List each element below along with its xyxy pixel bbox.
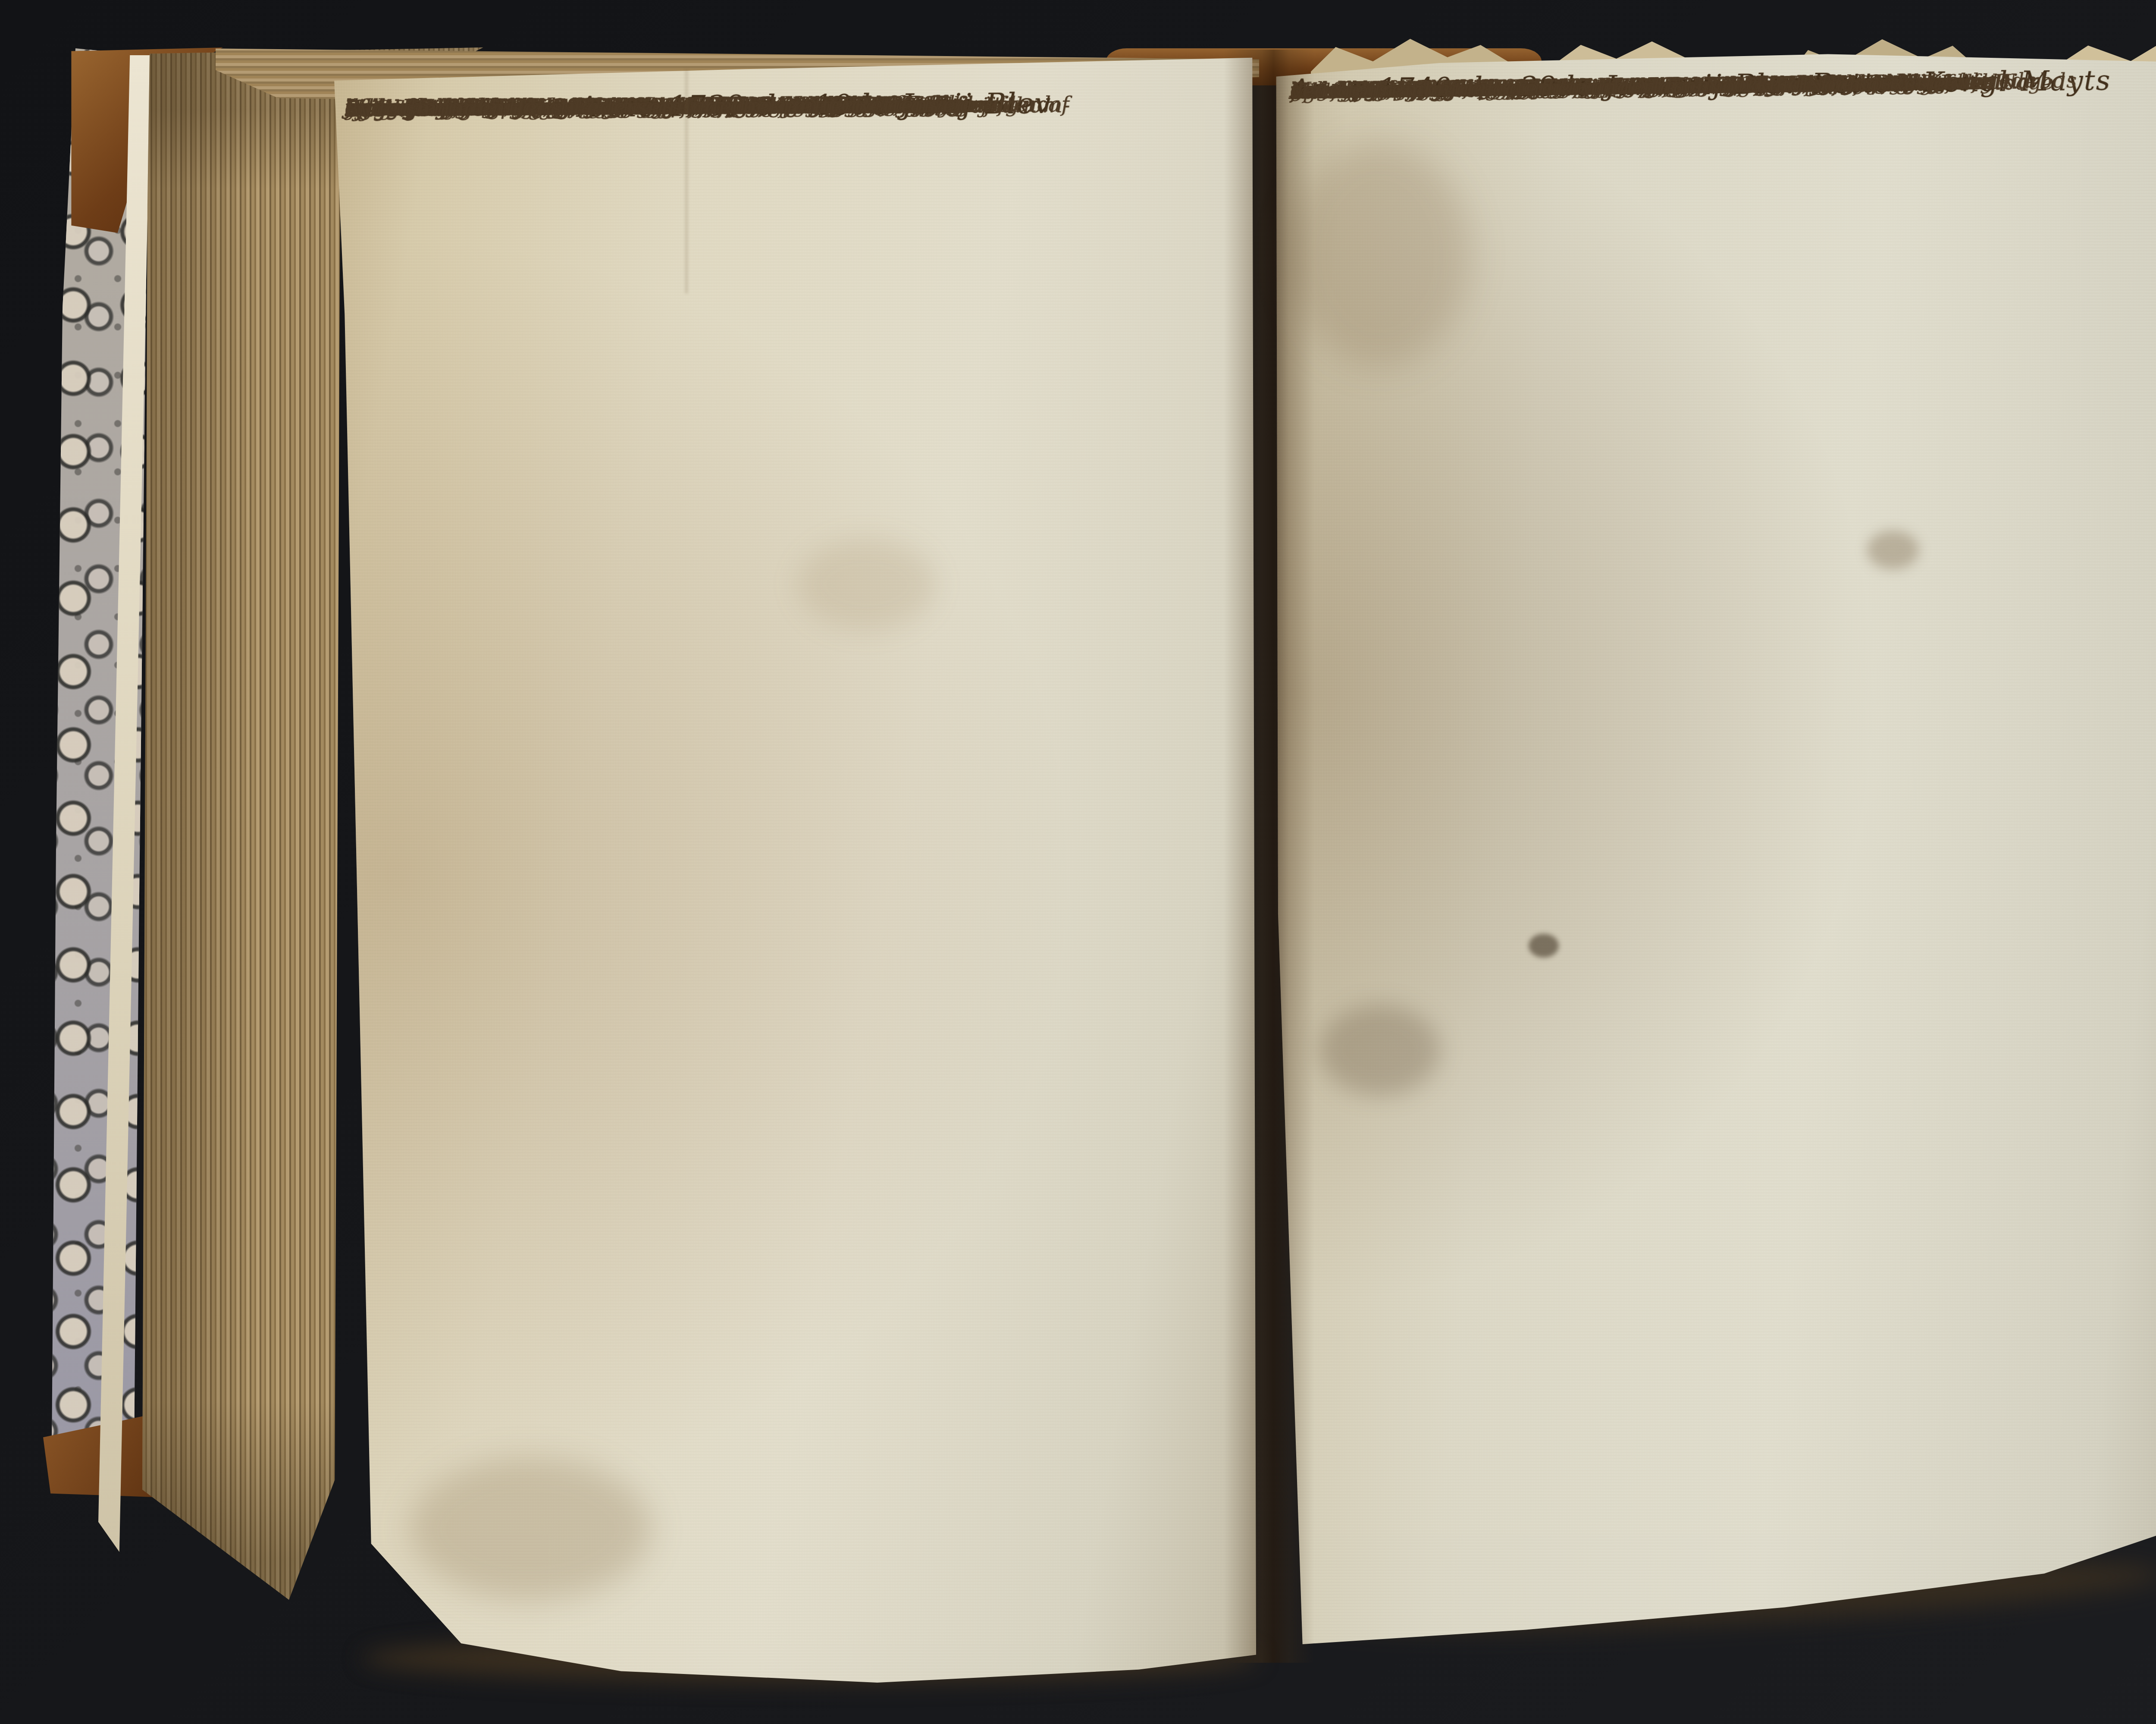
right-page: skiber og fremmed betalte efter Kongl. a… xyxy=(1268,51,2156,1655)
photo-background: Sognhmnn—o skuitvigløraninglsdag Radi40.… xyxy=(0,0,2156,1724)
page-crease xyxy=(686,69,687,293)
manuscript-line: Lydelsmanden Jens Pedersen lade bekræfte… xyxy=(345,86,939,128)
paper-texture xyxy=(1268,51,2156,1655)
paper-texture xyxy=(319,56,1266,1691)
manuscript-line: ved de fremlagde acter er underlagt No 2… xyxy=(1290,66,1954,108)
left-page: Lovnede Simon Joensen fremviiste jmliur … xyxy=(319,56,1266,1691)
